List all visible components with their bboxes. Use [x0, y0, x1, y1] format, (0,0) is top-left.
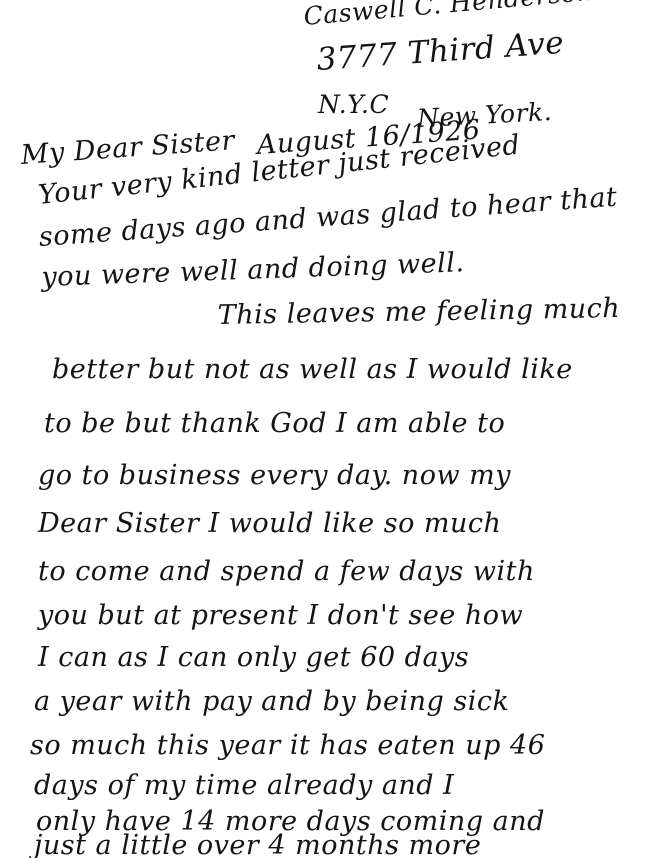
- body-line: to come and spend a few days with: [38, 556, 535, 587]
- body-line: you were well and doing well.: [41, 247, 465, 293]
- body-line: Dear Sister I would like so much: [38, 508, 501, 539]
- body-line: I can as I can only get 60 days: [38, 642, 469, 673]
- body-line: This leaves me feeling much: [217, 293, 620, 331]
- body-line: to be but thank God I am able to: [44, 408, 505, 439]
- letter-page: Caswell C. Henderson 3777 Third Ave N.Y.…: [0, 0, 650, 858]
- body-line: just a little over 4 months more: [34, 830, 481, 858]
- body-line: go to business every day. now my: [38, 460, 511, 491]
- body-line: you but at present I don't see how: [38, 600, 523, 631]
- body-line: days of my time already and I: [34, 770, 454, 801]
- body-line: so much this year it has eaten up 46: [30, 730, 545, 761]
- sender-city-abbrev: N.Y.C: [318, 90, 389, 119]
- sender-street: 3777 Third Ave: [315, 25, 565, 78]
- body-line: a year with pay and by being sick: [34, 686, 509, 717]
- body-line: better but not as well as I would like: [52, 354, 573, 385]
